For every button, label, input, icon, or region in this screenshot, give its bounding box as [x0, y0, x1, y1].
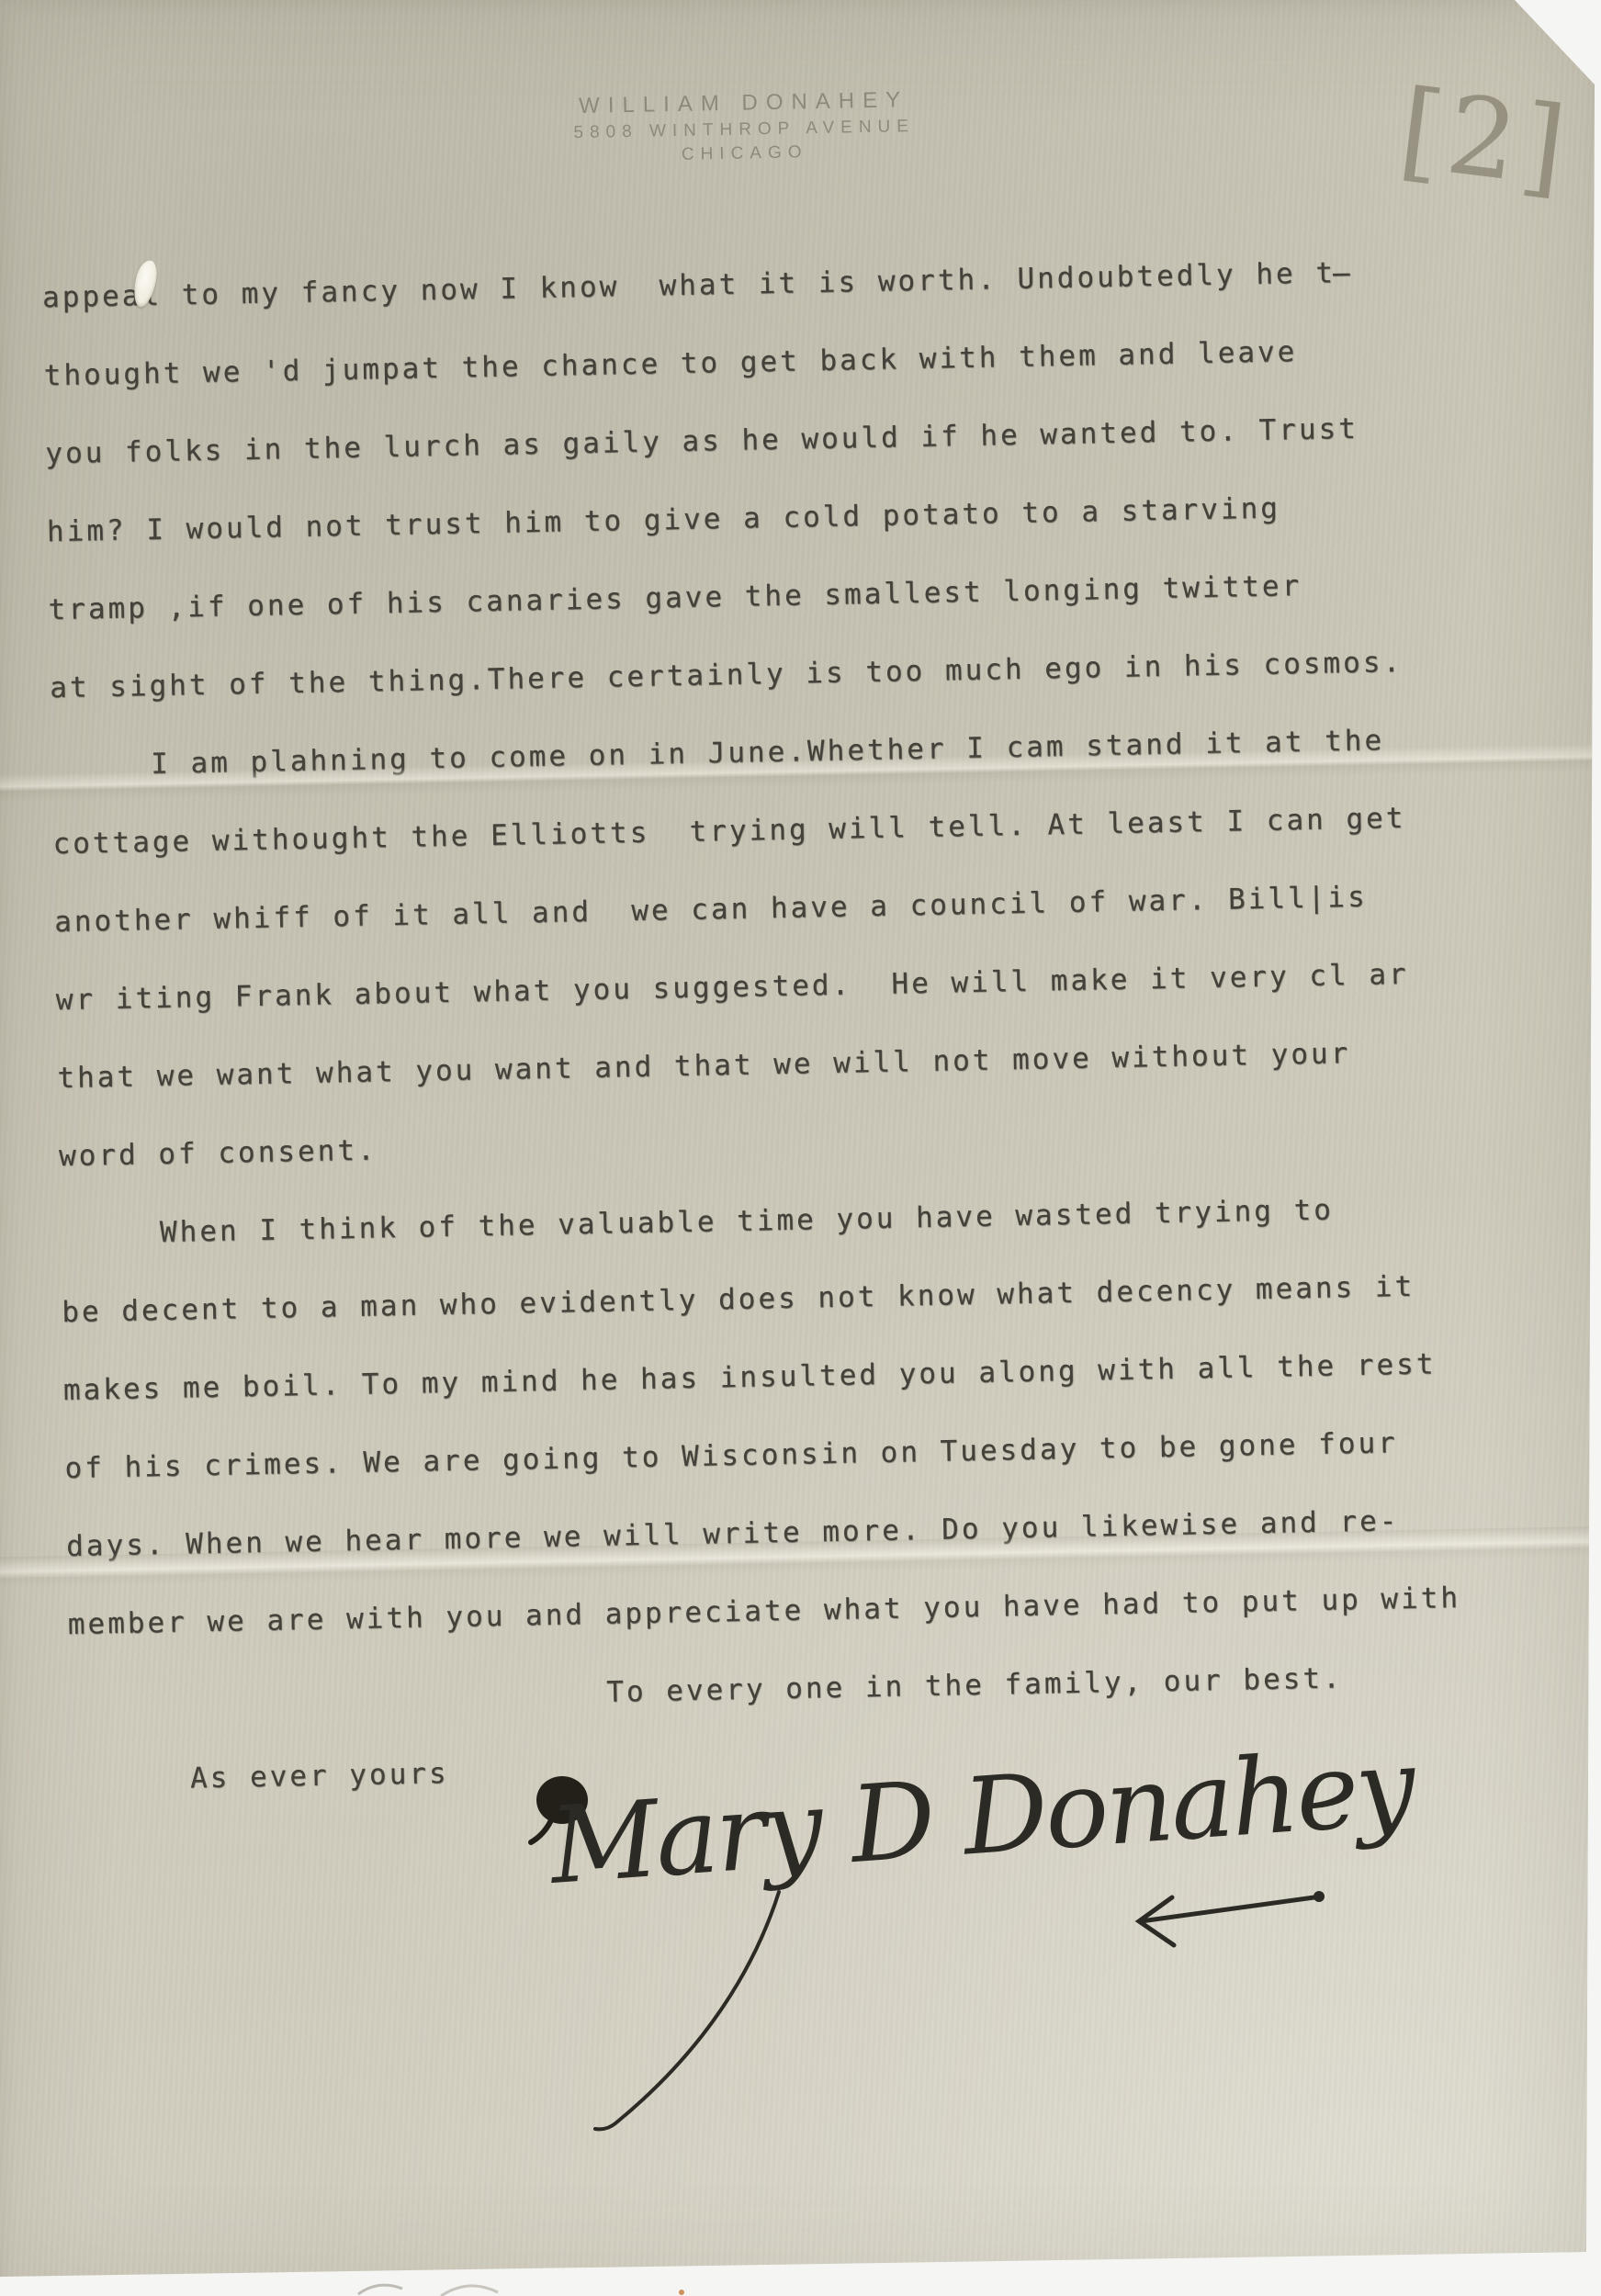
letter-body: appeal to my fancy now I know what it is… — [41, 230, 1601, 1820]
signature-arrow-flourish — [1139, 1896, 1321, 1945]
cut-off-stroke-1 — [358, 2285, 402, 2294]
cut-off-speck — [679, 2290, 684, 2295]
letterhead: WILLIAM DONAHEY 5808 WINTHROP AVENUE CHI… — [0, 74, 1545, 181]
cut-off-marks — [303, 2268, 744, 2296]
signature-block: Mary D Donahey — [487, 1708, 1387, 2167]
pencil-annotation: [2] — [1343, 26, 1601, 228]
signature-arrow-end-dot — [1313, 1891, 1325, 1902]
signature-text: Mary D Donahey — [545, 1725, 1422, 1908]
page-number-annotation: [2] — [1393, 65, 1578, 212]
cut-off-stroke-2 — [441, 2286, 498, 2296]
signature-descender-flourish — [595, 1892, 779, 2129]
letter-paper: WILLIAM DONAHEY 5808 WINTHROP AVENUE CHI… — [0, 0, 1601, 2296]
scan-backdrop: WILLIAM DONAHEY 5808 WINTHROP AVENUE CHI… — [0, 0, 1601, 2296]
